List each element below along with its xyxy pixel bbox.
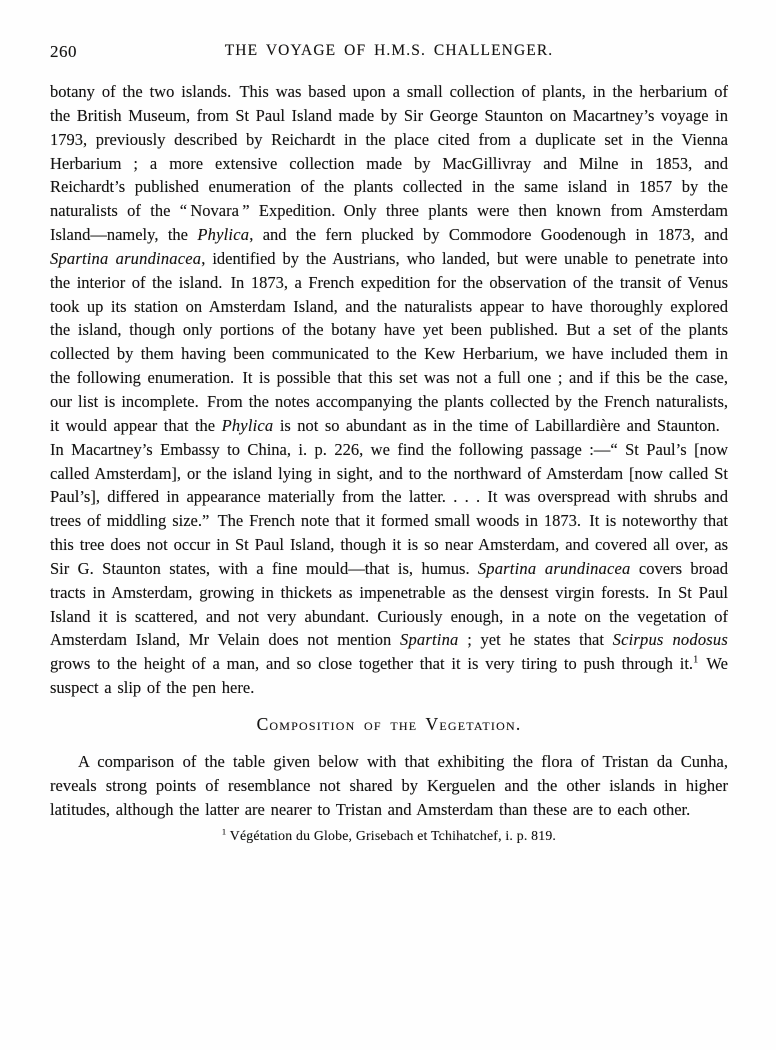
- page-header: 260 THE VOYAGE OF H.M.S. CHALLENGER.: [50, 42, 728, 62]
- paragraph-continuation: botany of the two islands. This was base…: [50, 80, 728, 700]
- page-number: 260: [50, 42, 77, 62]
- paragraph-composition-intro: A comparison of the table given below wi…: [50, 750, 728, 822]
- book-page: 260 THE VOYAGE OF H.M.S. CHALLENGER. bot…: [0, 0, 776, 1050]
- running-title: THE VOYAGE OF H.M.S. CHALLENGER.: [225, 42, 554, 59]
- page-body: botany of the two islands. This was base…: [50, 80, 728, 844]
- footnote: 1 Végétation du Globe, Grisebach et Tchi…: [50, 828, 728, 844]
- section-heading: Composition of the Vegetation.: [50, 714, 728, 735]
